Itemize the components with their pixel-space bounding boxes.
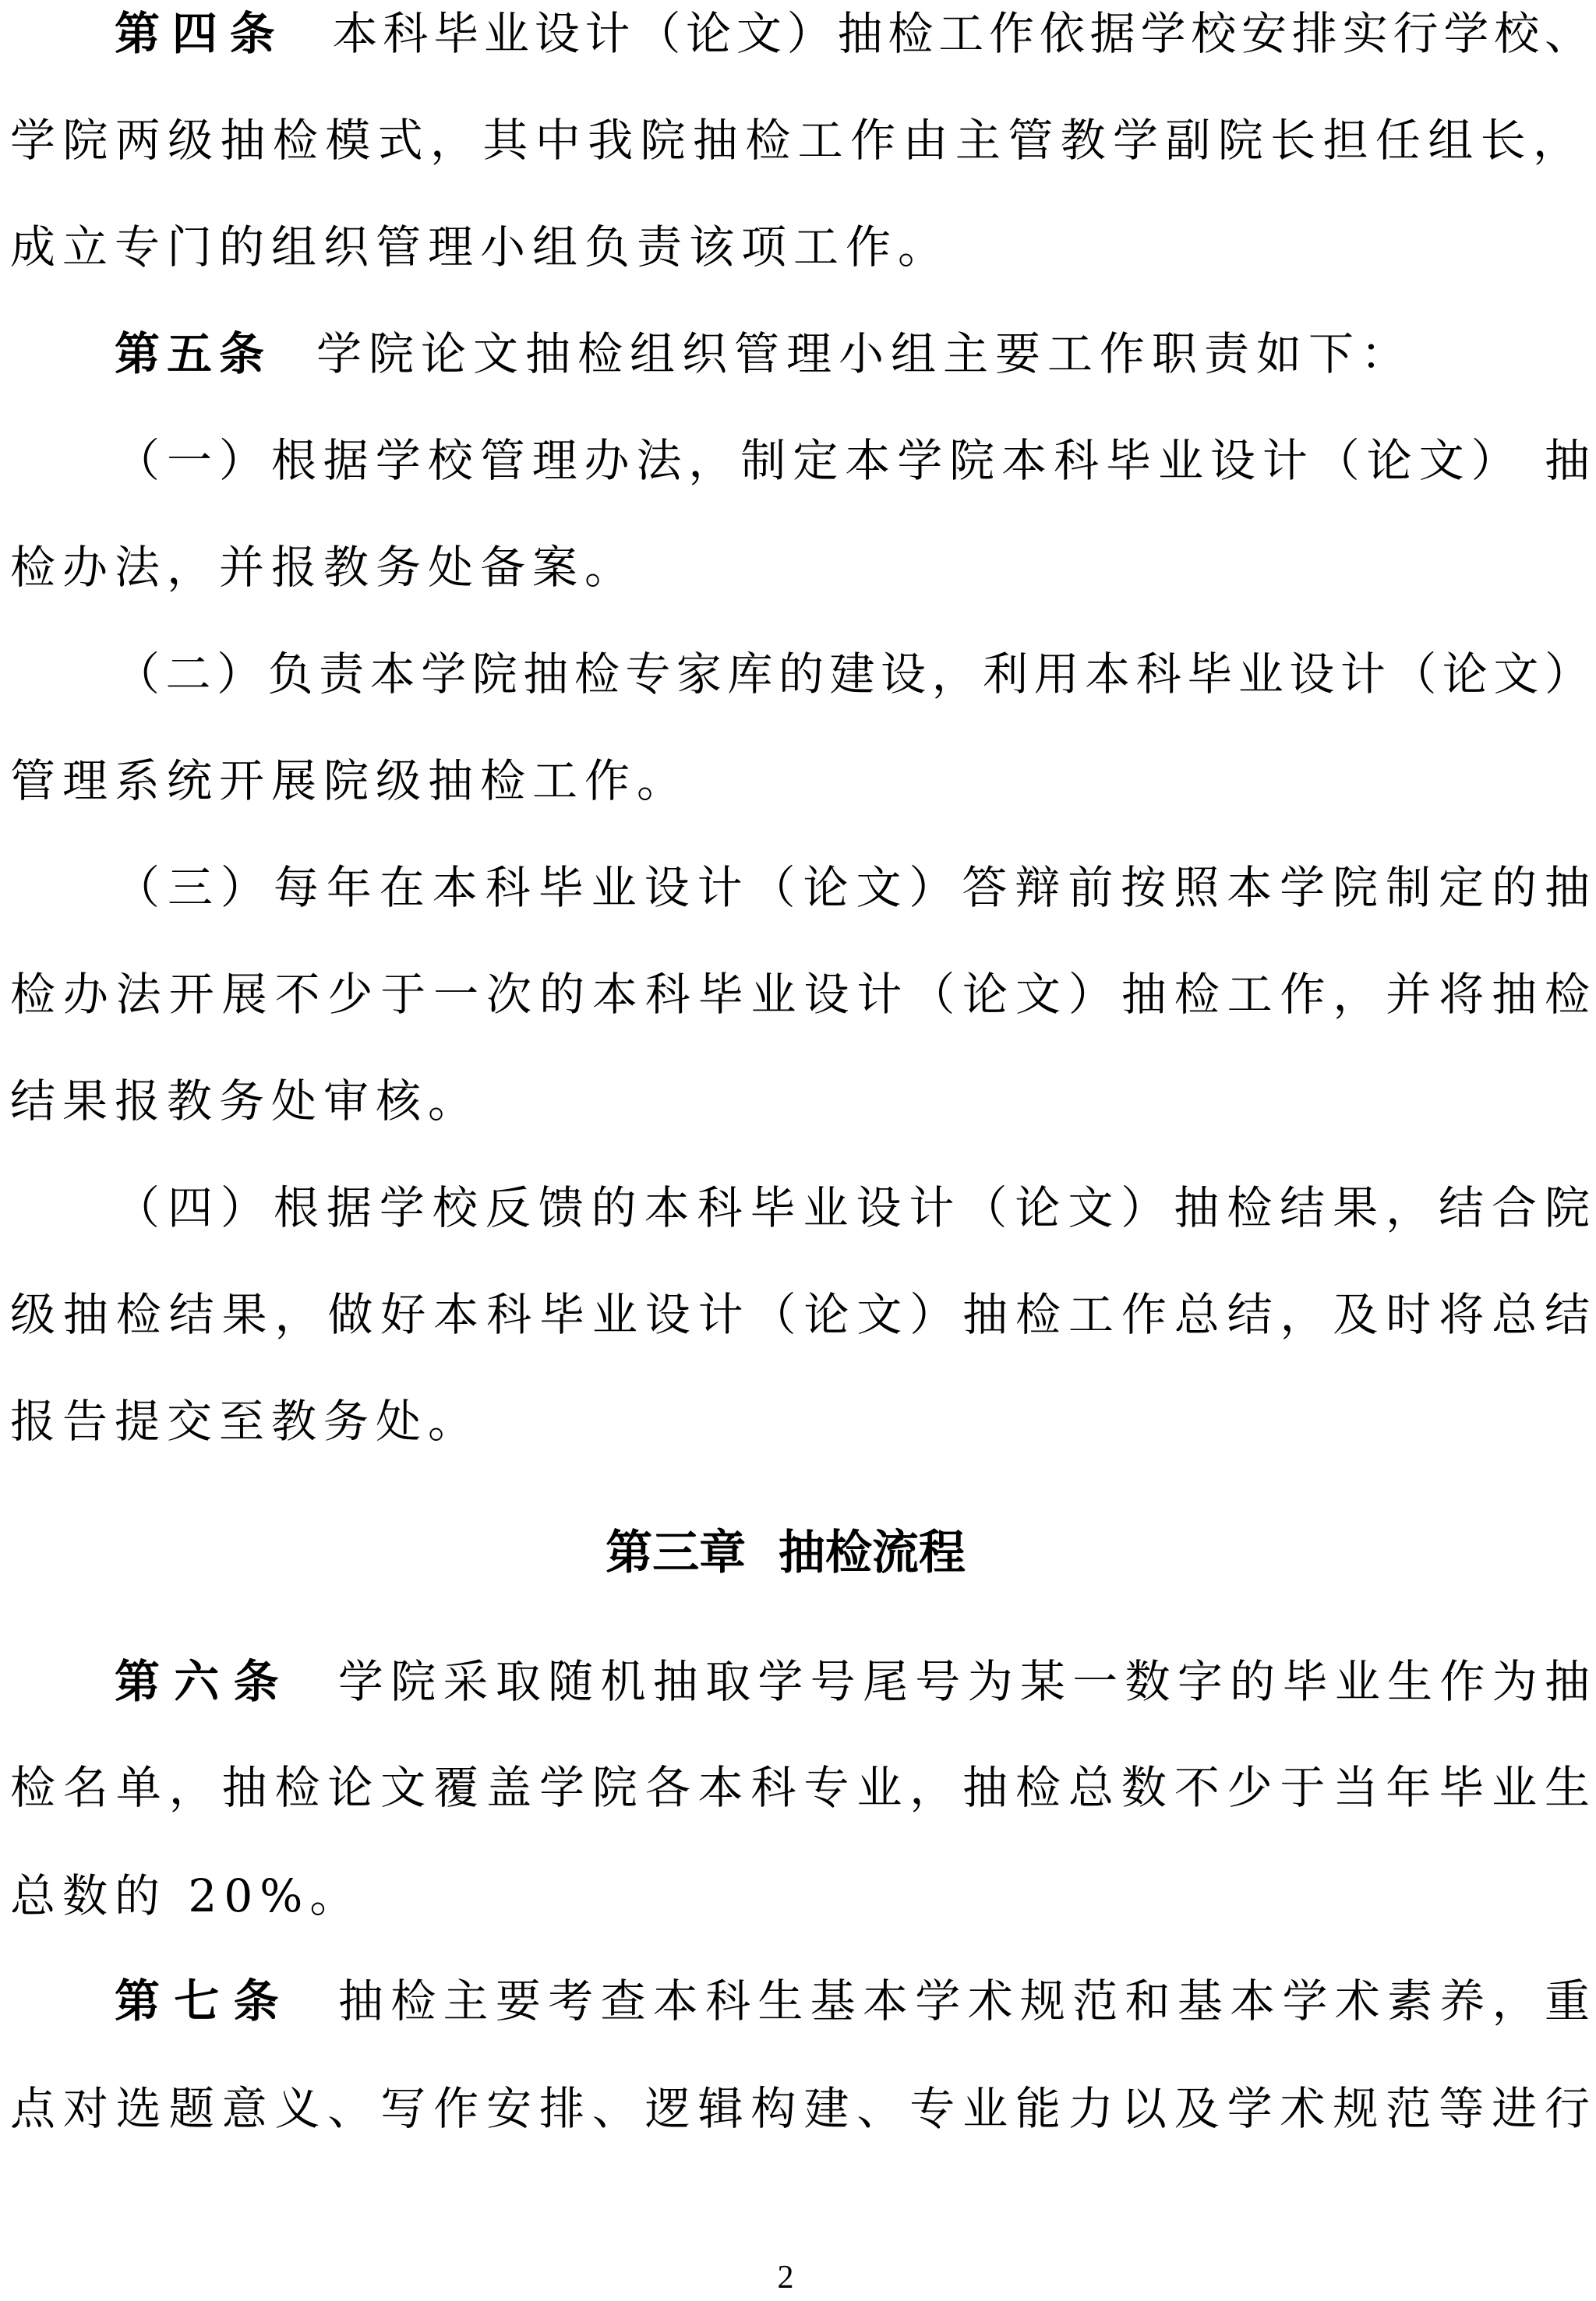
article-6-label: 第六条: [115, 1655, 293, 1708]
article-5-item-4-line-2: 级抽检结果，做好本科毕业设计（论文）抽检工作总结，及时将总结: [10, 1287, 1590, 1342]
article-5-item-4-text-3: 报告提交至教务处。: [10, 1395, 480, 1448]
article-5-text-1: 学院论文抽检组织管理小组主要工作职责如下：: [316, 327, 1413, 380]
article-4-label: 第四条: [115, 7, 287, 60]
article-5-item-4-text-2: 级抽检结果，做好本科毕业设计（论文）抽检工作总结，及时将总结: [10, 1288, 1590, 1341]
article-4-line-1: 第四条本科毕业设计（论文）抽检工作依据学校安排实行学校、: [115, 6, 1590, 61]
article-5-item-4-line-3: 报告提交至教务处。: [10, 1394, 480, 1449]
article-6-text-2: 检名单，抽检论文覆盖学院各本科专业，抽检总数不少于当年毕业生: [10, 1761, 1590, 1814]
article-5-item-2-line-2: 管理系统开展院级抽检工作。: [10, 753, 689, 808]
article-5-item-3-text-3: 结果报教务处审核。: [10, 1075, 480, 1128]
article-5-item-1-text-1: （一）根据学校管理办法，制定本学院本科毕业设计（论文） 抽: [115, 434, 1590, 487]
article-5-item-3-line-3: 结果报教务处审核。: [10, 1074, 480, 1128]
article-5-item-2-text-1: （二）负责本学院抽检专家库的建设，利用本科毕业设计（论文）: [115, 648, 1590, 701]
article-5-item-3-line-2: 检办法开展不少于一次的本科毕业设计（论文）抽检工作，并将抽检: [10, 967, 1590, 1022]
article-5-label: 第五条: [115, 327, 271, 380]
article-6-text-1: 学院采取随机抽取学号尾号为某一数字的毕业生作为抽: [338, 1655, 1590, 1708]
article-5-item-4-line-1: （四）根据学校反馈的本科毕业设计（论文）抽检结果，结合院: [115, 1180, 1590, 1235]
article-6-line-2: 检名单，抽检论文覆盖学院各本科专业，抽检总数不少于当年毕业生: [10, 1760, 1590, 1815]
page-number: 2: [0, 2260, 1571, 2296]
article-5-item-3-line-1: （三）每年在本科毕业设计（论文）答辩前按照本学院制定的抽: [115, 860, 1590, 915]
article-5-item-3-text-2: 检办法开展不少于一次的本科毕业设计（论文）抽检工作，并将抽检: [10, 968, 1590, 1021]
article-4-text-1: 本科毕业设计（论文）抽检工作依据学校安排实行学校、: [332, 7, 1590, 60]
article-5-item-2-text-2: 管理系统开展院级抽检工作。: [10, 754, 689, 807]
article-5-item-4-text-1: （四）根据学校反馈的本科毕业设计（论文）抽检结果，结合院: [115, 1181, 1590, 1234]
article-7-label: 第七条: [115, 1975, 293, 2027]
chapter-heading: 第三章 抽检流程: [0, 1525, 1571, 1581]
article-7-text-1: 抽检主要考查本科生基本学术规范和基本学术素养，重: [338, 1975, 1590, 2027]
document-page: 第四条本科毕业设计（论文）抽检工作依据学校安排实行学校、 学院两级抽检模式，其中…: [0, 0, 1596, 2301]
article-7-line-2: 点对选题意义、写作安排、逻辑构建、专业能力以及学术规范等进行: [10, 2081, 1590, 2136]
article-4-text-2: 学院两级抽检模式，其中我院抽检工作由主管教学副院长担任组长，: [10, 114, 1578, 167]
article-6-line-1: 第六条学院采取随机抽取学号尾号为某一数字的毕业生作为抽: [115, 1654, 1590, 1709]
article-4-text-3: 成立专门的组织管理小组负责该项工作。: [10, 221, 950, 274]
article-5-item-2-line-1: （二）负责本学院抽检专家库的建设，利用本科毕业设计（论文）: [115, 647, 1590, 701]
article-6-line-3: 总数的 20%。: [10, 1869, 362, 1923]
article-6-text-3: 总数的 20%。: [10, 1869, 362, 1922]
article-5-line-1: 第五条学院论文抽检组织管理小组主要工作职责如下：: [115, 326, 1413, 381]
article-7-text-2: 点对选题意义、写作安排、逻辑构建、专业能力以及学术规范等进行: [10, 2082, 1590, 2135]
article-5-item-1-line-1: （一）根据学校管理办法，制定本学院本科毕业设计（论文） 抽: [115, 433, 1590, 488]
article-7-line-1: 第七条抽检主要考查本科生基本学术规范和基本学术素养，重: [115, 1974, 1590, 2028]
article-5-item-3-text-1: （三）每年在本科毕业设计（论文）答辩前按照本学院制定的抽: [115, 861, 1590, 914]
article-4-line-3: 成立专门的组织管理小组负责该项工作。: [10, 220, 950, 274]
article-5-item-1-line-2: 检办法，并报教务处备案。: [10, 540, 637, 595]
article-5-item-1-text-2: 检办法，并报教务处备案。: [10, 541, 637, 594]
article-4-line-2: 学院两级抽检模式，其中我院抽检工作由主管教学副院长担任组长，: [10, 113, 1578, 168]
